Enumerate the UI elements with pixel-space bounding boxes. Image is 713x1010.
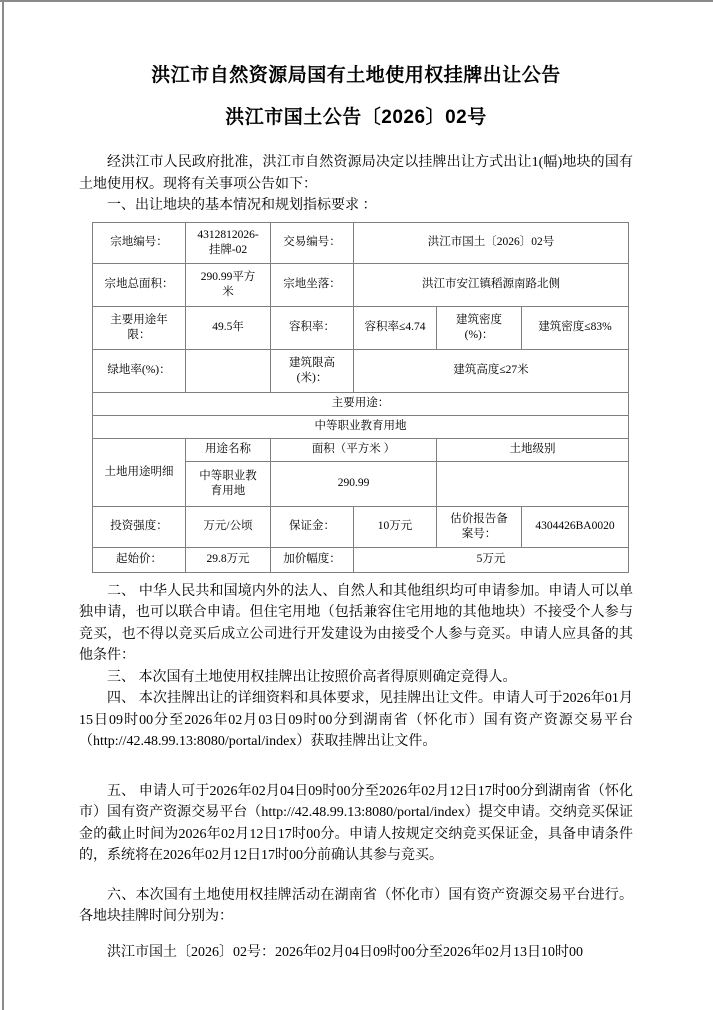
- section1-heading: 一、出让地块的基本情况和规划指标要求 ：: [79, 195, 633, 217]
- plot-ratio-label: 容积率：: [271, 306, 354, 349]
- scan-edge-left: [2, 0, 4, 1010]
- transaction-number-value: 洪江市国土〔2026〕02号: [354, 222, 629, 263]
- increment-label: 加价幅度：: [271, 547, 354, 572]
- investment-intensity-value: 万元/公顷: [186, 506, 271, 547]
- increment-value: 5万元: [354, 547, 629, 572]
- building-density-value: 建筑密度≤83%: [522, 306, 629, 349]
- table-row: 绿地率(%)： 建筑限高(米)： 建筑高度≤27米: [93, 349, 629, 392]
- height-limit-label: 建筑限高(米)：: [271, 349, 354, 392]
- main-use-value: 中等职业教育用地: [93, 415, 629, 438]
- paragraph-6-listing-platform: 六、本次国有土地使用权挂牌活动在湖南省（怀化市）国有资产资源交易平台进行。各地块…: [79, 885, 633, 928]
- total-area-label: 宗地总面积：: [93, 263, 186, 306]
- paragraph-4-documents: 四、 本次挂牌出让的详细资料和具体要求，见挂牌出让文件。申请人可于2026年01…: [79, 688, 633, 753]
- building-density-label: 建筑密度(%)：: [437, 306, 522, 349]
- table-row: 主要用途：: [93, 392, 629, 415]
- paragraph-2-applicants: 二、 中华人民共和国境内外的法人、自然人和其他组织均可申请参加。申请人可以单独申…: [79, 581, 633, 667]
- parcel-number-label: 宗地编号：: [93, 222, 186, 263]
- deposit-value: 10万元: [354, 506, 437, 547]
- table-row: 宗地总面积： 290.99平方米 宗地坐落： 洪江市安江镇稻源南路北侧: [93, 263, 629, 306]
- paragraph-7-listing-time: 洪江市国土〔2026〕02号：2026年02月04日09时00分至2026年02…: [79, 942, 633, 964]
- table-row: 土地用途明细 用途名称 面积（平方米 ） 土地级别: [93, 438, 629, 461]
- document-title: 洪江市自然资源局国有土地使用权挂牌出让公告: [79, 64, 633, 88]
- table-row: 主要用途年限： 49.5年 容积率： 容积率≤4.74 建筑密度(%)： 建筑密…: [93, 306, 629, 349]
- use-term-value: 49.5年: [186, 306, 271, 349]
- use-name-value: 中等职业教育用地: [186, 461, 271, 506]
- area-value: 290.99: [271, 461, 437, 506]
- appraisal-record-label: 估价报告备案号：: [437, 506, 522, 547]
- intro-paragraph: 经洪江市人民政府批准，洪江市自然资源局决定以挂牌出让方式出让1(幅)地块的国有土…: [79, 152, 633, 195]
- use-term-label: 主要用途年限：: [93, 306, 186, 349]
- green-ratio-value: [186, 349, 271, 392]
- deposit-label: 保证金：: [271, 506, 354, 547]
- table-row: 宗地编号： 4312812026-挂牌-02 交易编号： 洪江市国土〔2026〕…: [93, 222, 629, 263]
- land-grade-value: [437, 461, 629, 506]
- document-subtitle: 洪江市国土公告〔2026〕02号: [79, 106, 633, 130]
- paragraph-5-application: 五、 申请人可于2026年02月04日09时00分至2026年02月12日17时…: [79, 781, 633, 867]
- use-name-header: 用途名称: [186, 438, 271, 461]
- main-use-label: 主要用途：: [93, 392, 629, 415]
- location-value: 洪江市安江镇稻源南路北侧: [354, 263, 629, 306]
- green-ratio-label: 绿地率(%)：: [93, 349, 186, 392]
- appraisal-record-value: 4304426BA0020: [522, 506, 629, 547]
- transaction-number-label: 交易编号：: [271, 222, 354, 263]
- location-label: 宗地坐落：: [271, 263, 354, 306]
- starting-price-label: 起始价：: [93, 547, 186, 572]
- table-row: 中等职业教育用地: [93, 415, 629, 438]
- table-row: 投资强度： 万元/公顷 保证金： 10万元 估价报告备案号： 4304426BA…: [93, 506, 629, 547]
- investment-intensity-label: 投资强度：: [93, 506, 186, 547]
- land-grade-header: 土地级别: [437, 438, 629, 461]
- plot-ratio-value: 容积率≤4.74: [354, 306, 437, 349]
- document-page: 洪江市自然资源局国有土地使用权挂牌出让公告 洪江市国土公告〔2026〕02号 经…: [0, 0, 713, 1010]
- use-detail-label: 土地用途明细: [93, 438, 186, 506]
- parcel-number-value: 4312812026-挂牌-02: [186, 222, 271, 263]
- table-row: 起始价： 29.8万元 加价幅度： 5万元: [93, 547, 629, 572]
- starting-price-value: 29.8万元: [186, 547, 271, 572]
- parcel-info-table: 宗地编号： 4312812026-挂牌-02 交易编号： 洪江市国土〔2026〕…: [92, 222, 629, 573]
- paragraph-3-highest-bidder: 三、 本次国有土地使用权挂牌出让按照价高者得原则确定竞得人。: [79, 667, 633, 689]
- height-limit-value: 建筑高度≤27米: [354, 349, 629, 392]
- area-header: 面积（平方米 ）: [271, 438, 437, 461]
- total-area-value: 290.99平方米: [186, 263, 271, 306]
- document-content: 洪江市自然资源局国有土地使用权挂牌出让公告 洪江市国土公告〔2026〕02号 经…: [79, 0, 633, 963]
